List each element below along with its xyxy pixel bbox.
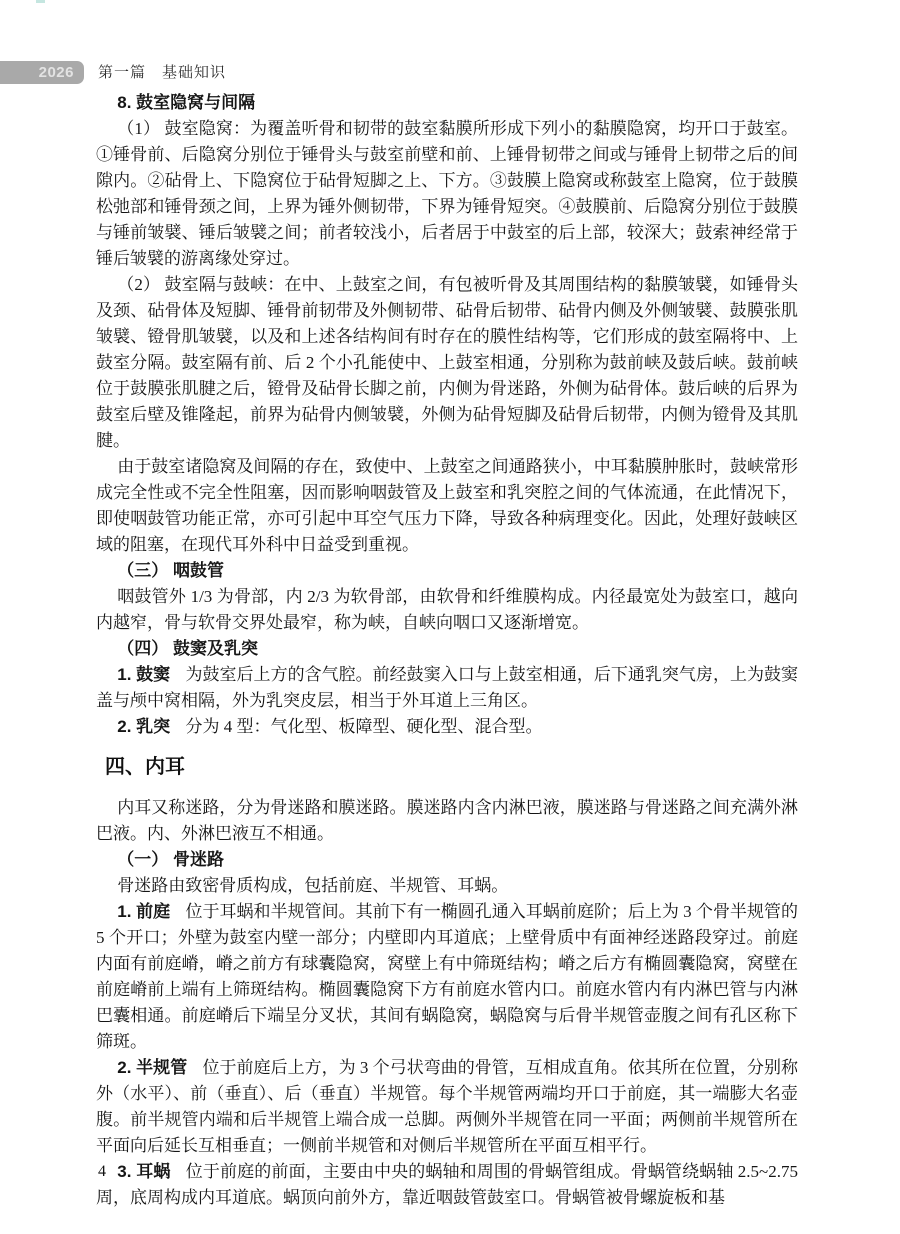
paragraph: 骨迷路由致密骨质构成，包括前庭、半规管、耳蜗。: [96, 873, 798, 899]
paragraph-lead-label: 2. 乳突: [117, 717, 170, 736]
sub-heading: （三） 咽鼓管: [96, 558, 798, 584]
sub-heading: （一） 骨迷路: [96, 847, 798, 873]
section-heading: 四、内耳: [96, 753, 798, 781]
paragraph: （2） 鼓室隔与鼓峡：在中、上鼓室之间，有包被听骨及其周围结构的黏膜皱襞，如锤骨…: [96, 272, 798, 454]
paragraph-text: 位于耳蜗和半规管间。其前下有一椭圆孔通入耳蜗前庭阶；后上为 3 个骨半规管的 5…: [96, 902, 798, 1051]
sub-heading: （四） 鼓窦及乳突: [96, 636, 798, 662]
paragraph-text: 分为 4 型：气化型、板障型、硬化型、混合型。: [185, 717, 542, 736]
paragraph-with-lead: 3. 耳蜗位于前庭的前面，主要由中央的蜗轴和周围的骨蜗管组成。骨蜗管绕蜗轴 2.…: [96, 1159, 798, 1211]
paragraph: 由于鼓室诸隐窝及间隔的存在，致使中、上鼓室之间通路狭小，中耳黏膜肿胀时，鼓峡常形…: [96, 454, 798, 558]
page-body: 8. 鼓室隐窝与间隔 （1） 鼓室隐窝：为覆盖听骨和韧带的鼓室黏膜所形成下列小的…: [96, 90, 798, 1211]
paragraph-lead-label: 3. 耳蜗: [117, 1162, 170, 1181]
paragraph-text: 位于前庭后上方，为 3 个弓状弯曲的骨管，互相成直角。依其所在位置，分别称外（水…: [96, 1058, 798, 1155]
edition-badge: 2026: [0, 61, 84, 84]
paragraph-text: 位于前庭的前面，主要由中央的蜗轴和周围的骨蜗管组成。骨蜗管绕蜗轴 2.5~2.7…: [96, 1162, 798, 1207]
numbered-heading: 8. 鼓室隐窝与间隔: [96, 90, 798, 116]
paragraph-with-lead: 1. 前庭位于耳蜗和半规管间。其前下有一椭圆孔通入耳蜗前庭阶；后上为 3 个骨半…: [96, 899, 798, 1055]
paragraph: 内耳又称迷路，分为骨迷路和膜迷路。膜迷路内含内淋巴液，膜迷路与骨迷路之间充满外淋…: [96, 795, 798, 847]
paragraph: （1） 鼓室隐窝：为覆盖听骨和韧带的鼓室黏膜所形成下列小的黏膜隐窝，均开口于鼓室…: [96, 116, 798, 272]
paragraph-with-lead: 1. 鼓窦为鼓室后上方的含气腔。前经鼓窦入口与上鼓室相通，后下通乳突气房，上为鼓…: [96, 662, 798, 714]
paragraph-text: 为鼓室后上方的含气腔。前经鼓窦入口与上鼓室相通，后下通乳突气房，上为鼓窦盖与颅中…: [96, 665, 798, 710]
page-number: 4: [98, 1163, 106, 1181]
print-corner-mark: [36, 0, 45, 3]
paragraph-lead-label: 2. 半规管: [117, 1058, 187, 1077]
book-page: 2026 第一篇 基础知识 8. 鼓室隐窝与间隔 （1） 鼓室隐窝：为覆盖听骨和…: [0, 0, 900, 1234]
paragraph-lead-label: 1. 鼓窦: [117, 665, 170, 684]
running-head-part-title: 第一篇 基础知识: [98, 61, 226, 84]
paragraph: 咽鼓管外 1/3 为骨部，内 2/3 为软骨部，由软骨和纤维膜构成。内径最宽处为…: [96, 584, 798, 636]
paragraph-with-lead: 2. 半规管位于前庭后上方，为 3 个弓状弯曲的骨管，互相成直角。依其所在位置，…: [96, 1055, 798, 1159]
paragraph-lead-label: 1. 前庭: [117, 902, 170, 921]
paragraph-with-lead: 2. 乳突分为 4 型：气化型、板障型、硬化型、混合型。: [96, 714, 798, 740]
